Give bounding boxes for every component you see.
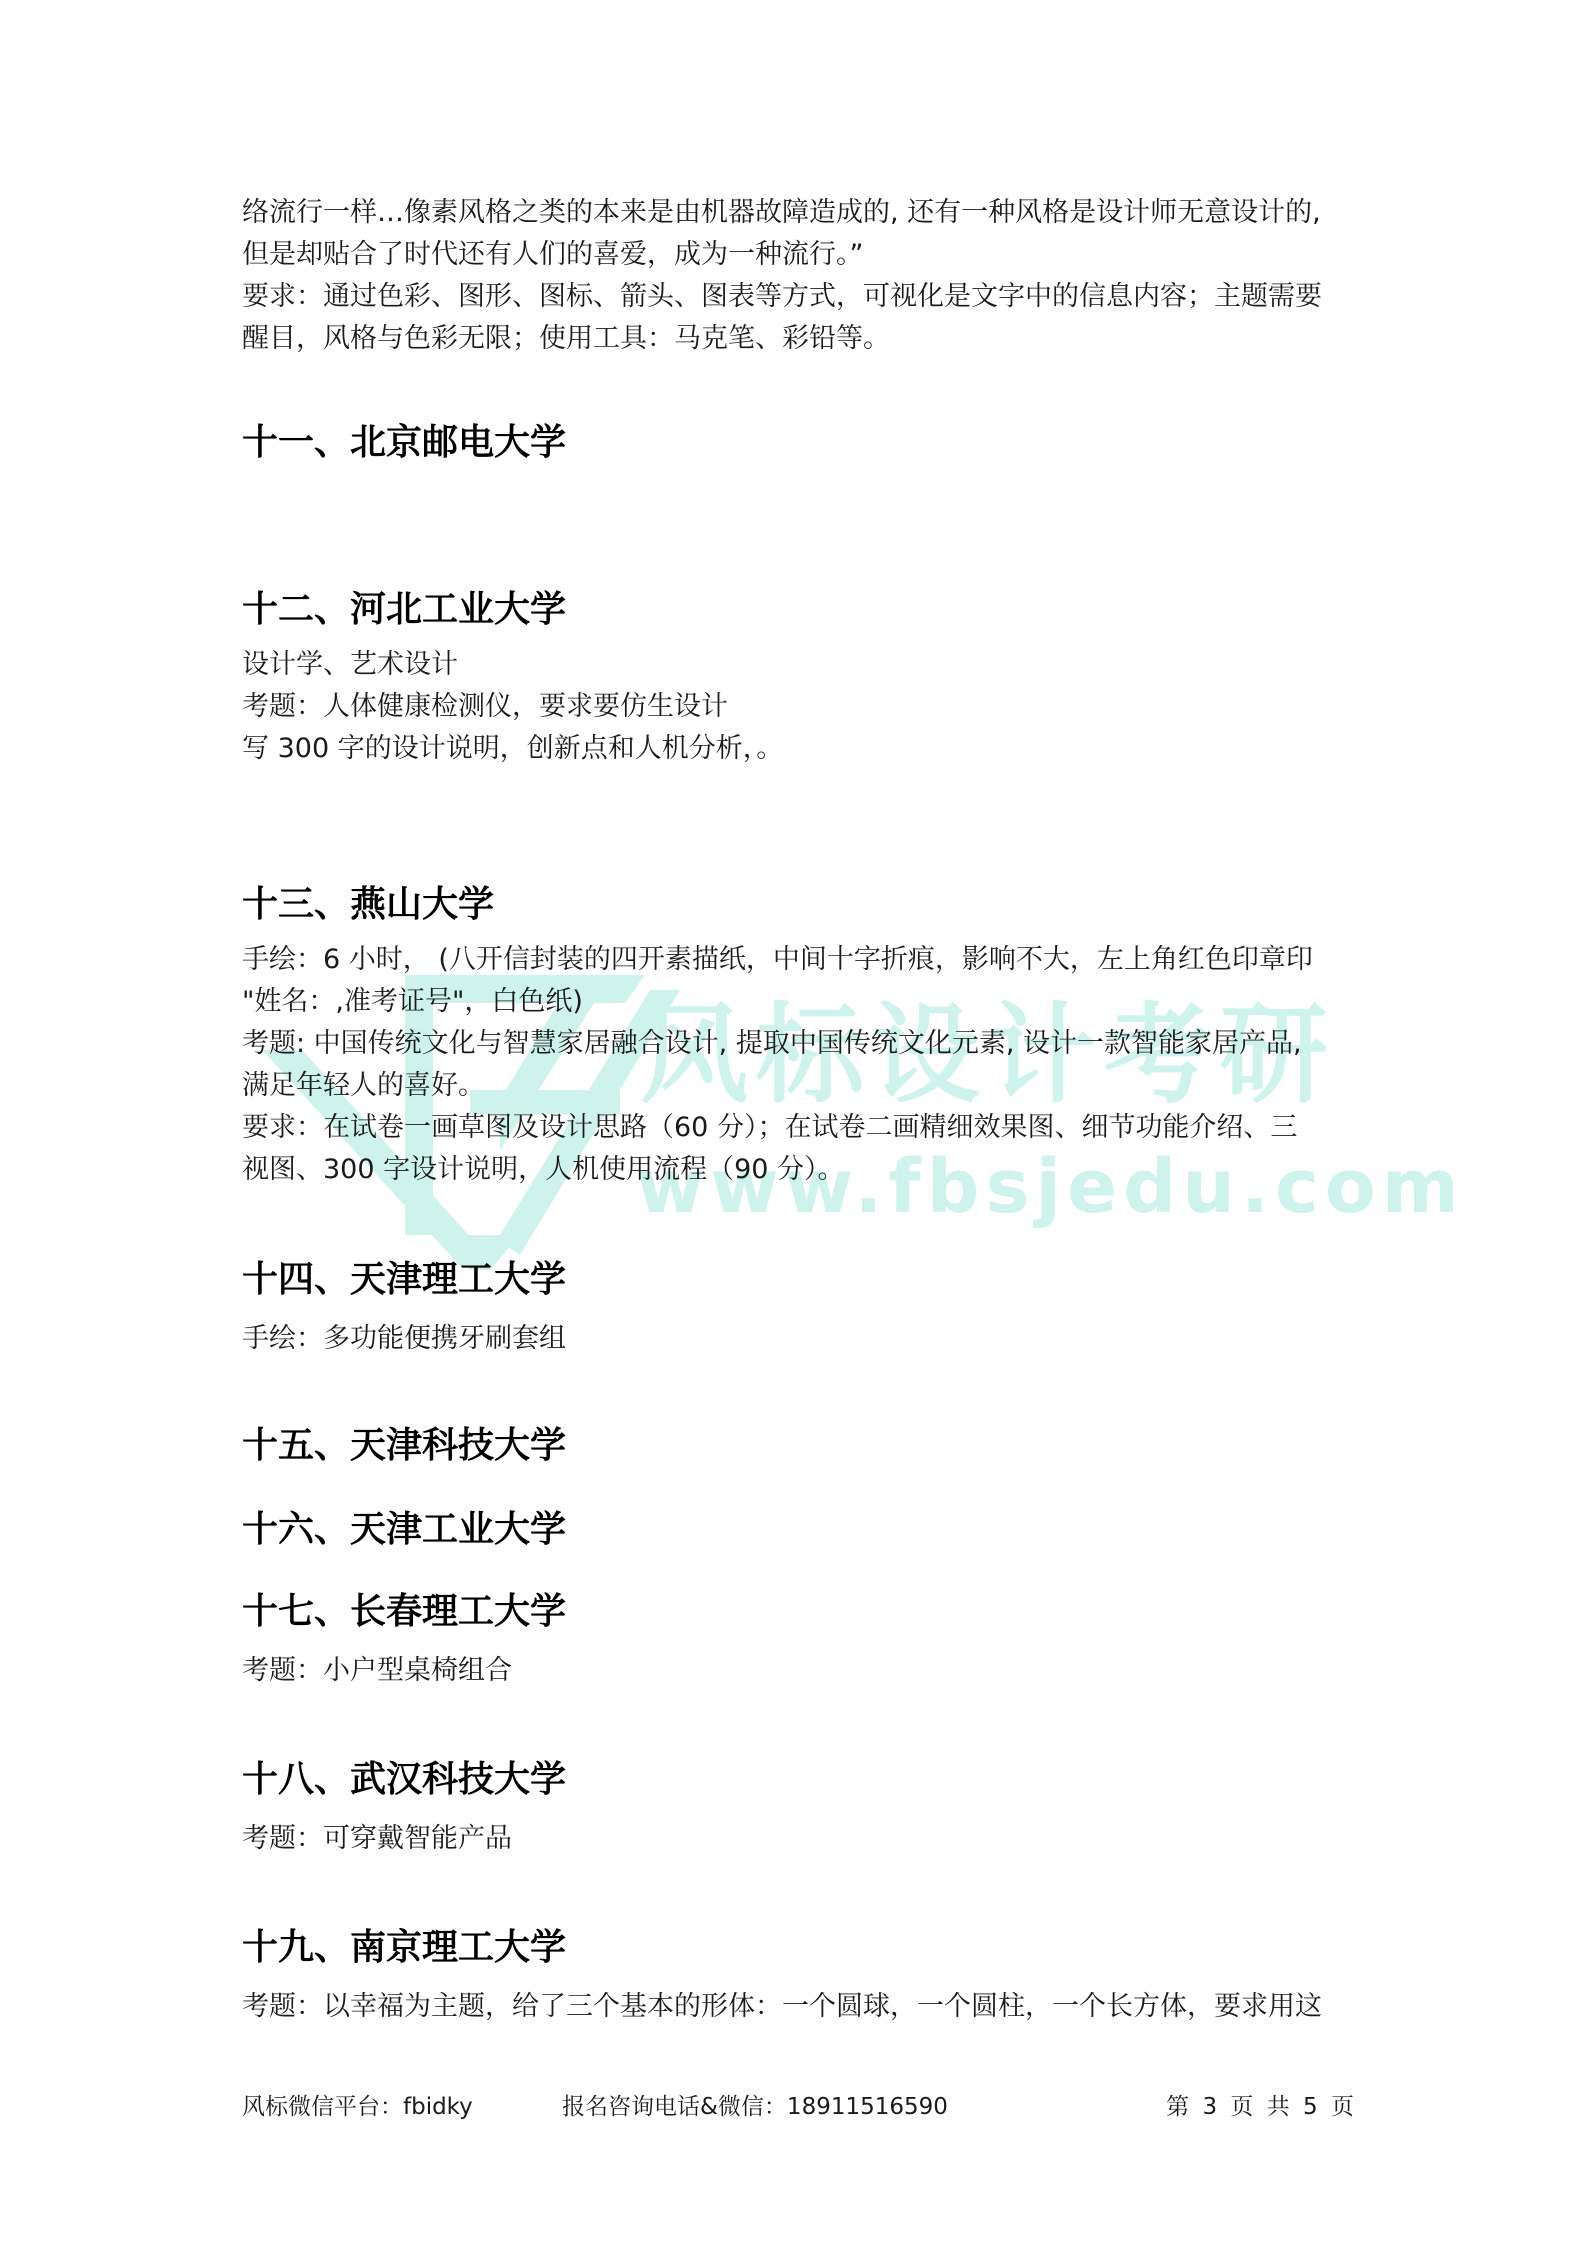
- section-ysu: 十三、燕山大学 手绘：6 小时， (八开信封装的四开素描纸，中间十字折痕，影响不…: [242, 883, 1313, 1191]
- intro-line: 醒目，风格与色彩无限；使用工具：马克笔、彩铅等。: [242, 318, 1322, 360]
- section-heading: 十九、南京理工大学: [242, 1926, 1322, 1970]
- section-heading: 十四、天津理工大学: [242, 1258, 566, 1302]
- intro-line: 但是却贴合了时代还有人们的喜爱，成为一种流行。”: [242, 234, 1322, 276]
- section-line: 写 300 字的设计说明，创新点和人机分析，。: [242, 728, 783, 770]
- section-tiangong: 十六、天津工业大学: [242, 1508, 566, 1552]
- section-heading: 十二、河北工业大学: [242, 588, 783, 632]
- intro-line: 要求：通过色彩、图形、图标、箭头、图表等方式，可视化是文字中的信息内容；主题需要: [242, 276, 1322, 318]
- section-line: 考题：可穿戴智能产品: [242, 1818, 566, 1860]
- footer-wechat-platform: 风标微信平台：fbidky: [242, 2092, 473, 2122]
- section-njust: 十九、南京理工大学 考题：以幸福为主题，给了三个基本的形体：一个圆球，一个圆柱，…: [242, 1926, 1322, 2028]
- section-line: 考题：小户型桌椅组合: [242, 1650, 566, 1692]
- section-cust: 十七、长春理工大学 考题：小户型桌椅组合: [242, 1590, 566, 1692]
- section-line: 考题：人体健康检测仪，要求要仿生设计: [242, 686, 783, 728]
- section-bupt: 十一、北京邮电大学: [242, 421, 566, 465]
- section-line: 要求：在试卷一画草图及设计思路（60 分）；在试卷二画精细效果图、细节功能介绍、…: [242, 1107, 1313, 1149]
- section-heading: 十五、天津科技大学: [242, 1424, 566, 1468]
- section-hebut: 十二、河北工业大学 设计学、艺术设计 考题：人体健康检测仪，要求要仿生设计 写 …: [242, 588, 783, 770]
- section-heading: 十一、北京邮电大学: [242, 421, 566, 465]
- section-line: 满足年轻人的喜好。: [242, 1065, 1313, 1107]
- section-tust: 十五、天津科技大学: [242, 1424, 566, 1468]
- section-line: "姓名：,准考证号"，白色纸): [242, 981, 1313, 1023]
- section-line: 手绘：6 小时， (八开信封装的四开素描纸，中间十字折痕，影响不大，左上角红色印…: [242, 939, 1313, 981]
- intro-line: 络流行一样…像素风格之类的本来是由机器故障造成的, 还有一种风格是设计师无意设计…: [242, 192, 1322, 234]
- section-line: 考题: 中国传统文化与智慧家居融合设计, 提取中国传统文化元素, 设计一款智能家…: [242, 1023, 1313, 1065]
- section-line: 考题：以幸福为主题，给了三个基本的形体：一个圆球，一个圆柱，一个长方体，要求用这: [242, 1986, 1322, 2028]
- section-line: 视图、300 字设计说明，人机使用流程（90 分）。: [242, 1149, 1313, 1191]
- section-heading: 十六、天津工业大学: [242, 1508, 566, 1552]
- footer-contact: 报名咨询电话&微信：18911516590: [562, 2092, 948, 2122]
- section-heading: 十七、长春理工大学: [242, 1590, 566, 1634]
- section-tjut: 十四、天津理工大学 手绘：多功能便携牙刷套组: [242, 1258, 566, 1360]
- section-heading: 十三、燕山大学: [242, 883, 1313, 927]
- section-heading: 十八、武汉科技大学: [242, 1758, 566, 1802]
- intro-paragraph: 络流行一样…像素风格之类的本来是由机器故障造成的, 还有一种风格是设计师无意设计…: [242, 192, 1322, 360]
- footer-page-info: 第 3 页 共 5 页: [1166, 2092, 1354, 2122]
- section-line: 手绘：多功能便携牙刷套组: [242, 1318, 566, 1360]
- section-wust: 十八、武汉科技大学 考题：可穿戴智能产品: [242, 1758, 566, 1860]
- section-line: 设计学、艺术设计: [242, 644, 783, 686]
